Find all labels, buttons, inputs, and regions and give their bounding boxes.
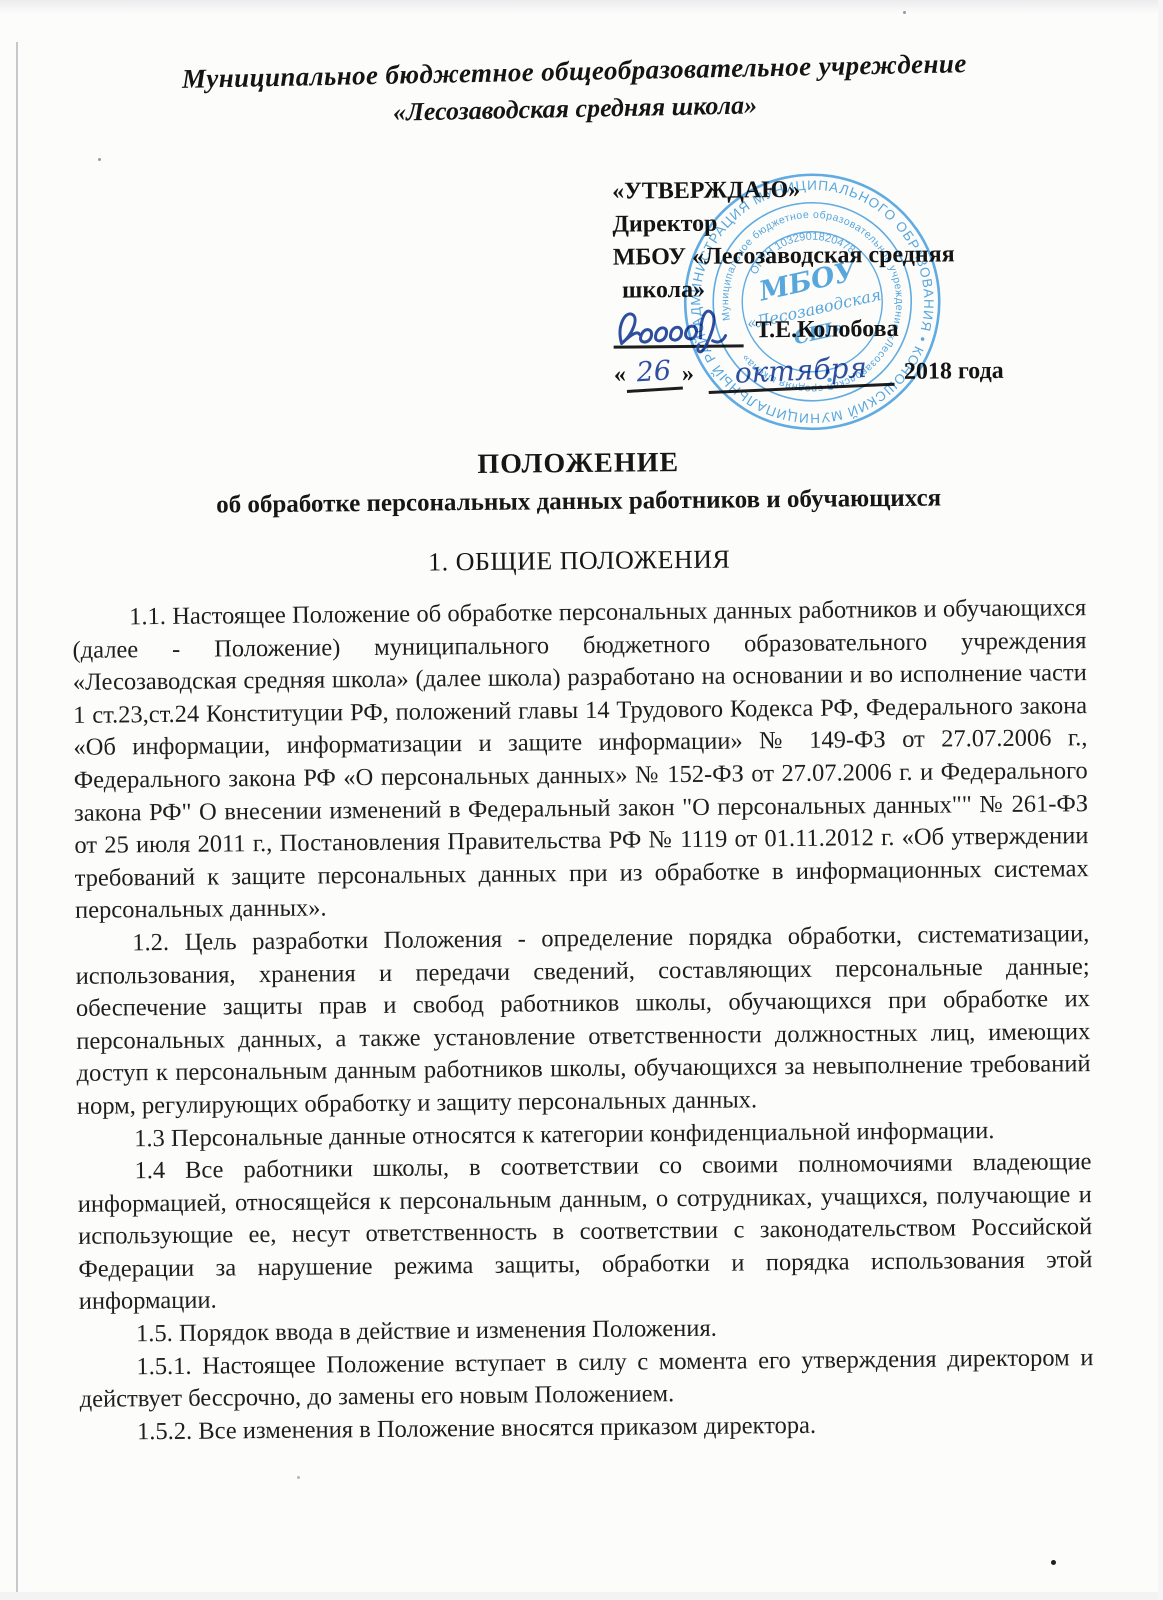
title-block: ПОЛОЖЕНИЕ об обработке персональных данн… (0, 442, 1161, 581)
approval-block: «УТВЕРЖДАЮ» Директор МБОУ «Лесозаводская… (612, 172, 1044, 392)
scan-speckle (1051, 1560, 1056, 1565)
director-signature (611, 302, 751, 355)
document-body: 1.1. Настоящее Положение об обработке пе… (72, 592, 1094, 1449)
section-heading: 1. ОБЩИЕ ПОЛОЖЕНИЯ (0, 540, 1161, 581)
signer-name: Т.Е.Колобова (755, 316, 898, 343)
handwritten-day: 26 (625, 354, 683, 393)
scan-speckle (297, 1476, 300, 1479)
doc-title: ПОЛОЖЕНИЕ (0, 442, 1160, 485)
handwritten-month: октября (707, 350, 894, 394)
scan-speckle (903, 11, 906, 14)
paragraph-1-4: 1.4 Все работники школы, в соответствии … (77, 1146, 1093, 1319)
paragraph-1-2: 1.2. Цель разработки Положения - определ… (75, 918, 1091, 1123)
signature-row: Т.Е.Колобова (613, 306, 1043, 350)
doc-subtitle: об обработке персональных данных работни… (0, 482, 1160, 521)
approval-date-row: «26»октября2018 года (614, 352, 1044, 392)
paragraph-1-5-1: 1.5.1. Настоящее Положение вступает в си… (79, 1342, 1094, 1417)
paragraph-1-1: 1.1. Настоящее Положение об обработке пе… (72, 592, 1089, 928)
document-content: Муниципальное бюджетное общеобразователь… (0, 0, 1163, 1600)
approver-role: Директор (612, 205, 1042, 242)
signature-line (613, 308, 743, 348)
org-name-header: Муниципальное бюджетное общеобразователь… (0, 44, 1157, 135)
quote-open: « (614, 362, 626, 388)
quote-close: » (682, 361, 694, 387)
approval-year: 2018 года (904, 358, 1004, 385)
approval-word: «УТВЕРЖДАЮ» (612, 172, 1042, 209)
scan-speckle (98, 158, 101, 161)
approver-org-line1: МБОУ «Лесозаводская средняя (613, 238, 1043, 275)
document-page: Муниципальное бюджетное общеобразователь… (0, 0, 1163, 1600)
